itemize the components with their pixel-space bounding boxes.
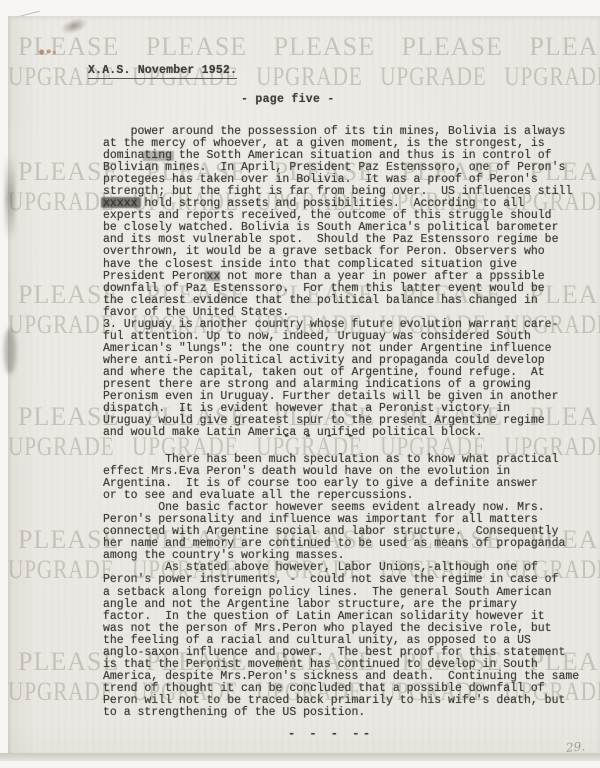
text-line: President Peronxx not more than a year i…	[103, 271, 572, 283]
text-line: the clearest evidence that the political…	[103, 295, 572, 307]
document-heading: X.A.S. November 1952.	[88, 64, 237, 79]
text-line: factor. In the question of Latin America…	[103, 611, 579, 623]
text-line: a setback along foreign policy lines. Th…	[103, 587, 579, 599]
text-line: have the closest inside into that compli…	[103, 259, 572, 271]
end-separator: - - - --	[288, 727, 374, 741]
text-line: to a strengthening of the US position.	[103, 707, 579, 719]
text-line: the feeling of a racial and cultural uni…	[103, 635, 579, 647]
paper-bottom-edge	[0, 753, 600, 761]
text-line: angle and not the Argentine labor struct…	[103, 599, 579, 611]
page-label: - page five -	[241, 93, 335, 106]
mid-separator: - - - -	[283, 429, 358, 443]
scanned-document-page: PLEASE PLEASE PLEASE PLEASE PLEASE UPGRA…	[0, 0, 600, 768]
text-line: was not the person of Mrs.Peron who play…	[103, 623, 579, 635]
text-line: Peron's power instruments, - could not s…	[103, 574, 579, 586]
text-line: downfall of Paz Estenssoro. For them thi…	[103, 283, 572, 295]
body-section-1: power around the possession of its tin m…	[103, 126, 572, 439]
text-line: 3. Uruguay is another country whose futu…	[103, 319, 572, 331]
text-line: anglo-saxon influence and power. The bes…	[103, 647, 579, 659]
document-content: X.A.S. November 1952. - page five - powe…	[0, 0, 600, 768]
body-section-2: There has been much speculation as to kn…	[103, 454, 579, 719]
text-line: overthrown, it would be a grave setback …	[103, 246, 572, 258]
text-line: favor of the United States.	[103, 307, 572, 319]
